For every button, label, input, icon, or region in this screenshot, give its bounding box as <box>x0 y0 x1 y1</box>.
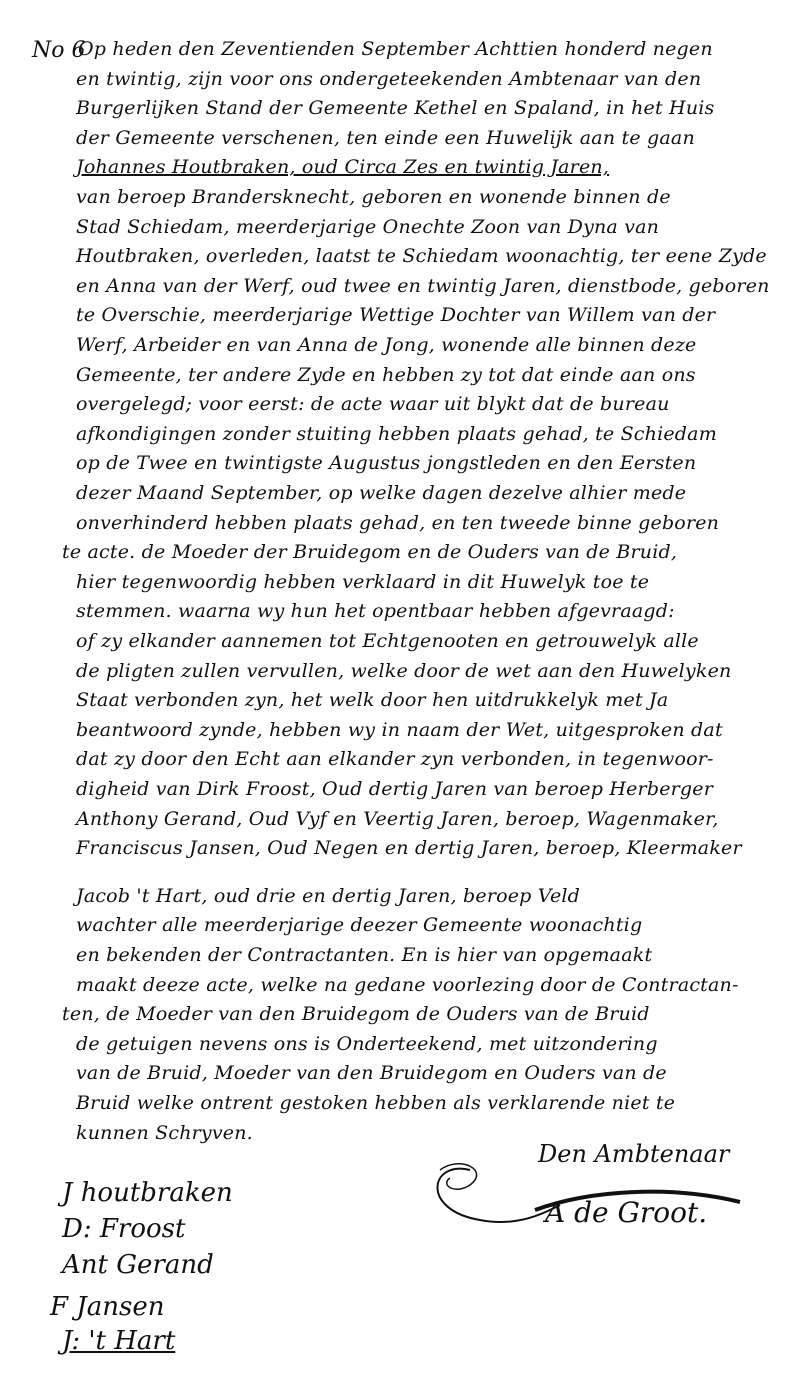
document-line: kunnen Schryven. <box>76 1122 253 1144</box>
document-line: Bruid welke ontrent gestoken hebben als … <box>76 1092 675 1114</box>
document-line: Burgerlijken Stand der Gemeente Kethel e… <box>76 97 715 119</box>
document-line: van beroep Brandersknecht, geboren en wo… <box>76 186 671 208</box>
document-line: Op heden den Zeventienden September Acht… <box>78 38 713 60</box>
document-line: onverhinderd hebben plaats gehad, en ten… <box>76 512 719 534</box>
document-line: dat zy door den Echt aan elkander zyn ve… <box>76 748 714 770</box>
signature-witness-1: D: Froost <box>62 1214 185 1244</box>
document-line: op de Twee en twintigste Augustus jongst… <box>76 452 696 474</box>
signature-witness-2: Ant Gerand <box>62 1250 214 1280</box>
document-line: Stad Schiedam, meerderjarige Onechte Zoo… <box>76 216 659 238</box>
document-page: No 6 Op heden den Zeventienden September… <box>0 0 800 1400</box>
document-line: dezer Maand September, op welke dagen de… <box>76 482 686 504</box>
signature-witness-4: J: 't Hart <box>62 1326 175 1356</box>
document-line: Jacob 't Hart, oud drie en dertig Jaren,… <box>76 885 580 907</box>
document-line: van de Bruid, Moeder van den Bruidegom e… <box>76 1062 667 1084</box>
document-line: beantwoord zynde, hebben wy in naam der … <box>76 719 723 741</box>
document-line: hier tegenwoordig hebben verklaard in di… <box>76 571 649 593</box>
document-line: te Overschie, meerderjarige Wettige Doch… <box>76 304 715 326</box>
document-line: of zy elkander aannemen tot Echtgenooten… <box>76 630 699 652</box>
document-line: Staat verbonden zyn, het welk door hen u… <box>76 689 668 711</box>
document-line: de getuigen nevens ons is Onderteekend, … <box>76 1033 658 1055</box>
document-line: en twintig, zijn voor ons ondergeteekend… <box>76 68 701 90</box>
document-line: Johannes Houtbraken, oud Circa Zes en tw… <box>76 156 609 178</box>
document-line: ten, de Moeder van den Bruidegom de Oude… <box>62 1003 650 1025</box>
document-line: Houtbraken, overleden, laatst te Schieda… <box>76 245 767 267</box>
document-line: Anthony Gerand, Oud Vyf en Veertig Jaren… <box>76 808 719 830</box>
document-line: afkondigingen zonder stuiting hebben pla… <box>76 423 717 445</box>
document-line: Franciscus Jansen, Oud Negen en dertig J… <box>76 837 742 859</box>
document-line: en Anna van der Werf, oud twee en twinti… <box>76 275 770 297</box>
document-line: stemmen. waarna wy hun het opentbaar heb… <box>76 600 675 622</box>
document-line: Werf, Arbeider en van Anna de Jong, wone… <box>76 334 696 356</box>
document-line: te acte. de Moeder der Bruidegom en de O… <box>62 541 677 563</box>
signature-groom: J houtbraken <box>62 1178 233 1208</box>
document-line: maakt deeze acte, welke na gedane voorle… <box>76 974 739 996</box>
document-line: digheid van Dirk Froost, Oud dertig Jare… <box>76 778 713 800</box>
document-line: de pligten zullen vervullen, welke door … <box>76 660 731 682</box>
signature-flourish-icon <box>410 1150 770 1230</box>
document-line: en bekenden der Contractanten. En is hie… <box>76 944 652 966</box>
document-line: Gemeente, ter andere Zyde en hebben zy t… <box>76 364 696 386</box>
document-line: der Gemeente verschenen, ten einde een H… <box>76 127 695 149</box>
signature-witness-3: F Jansen <box>50 1292 164 1322</box>
document-line: wachter alle meerderjarige deezer Gemeen… <box>76 914 642 936</box>
document-line: overgelegd; voor eerst: de acte waar uit… <box>76 393 670 415</box>
